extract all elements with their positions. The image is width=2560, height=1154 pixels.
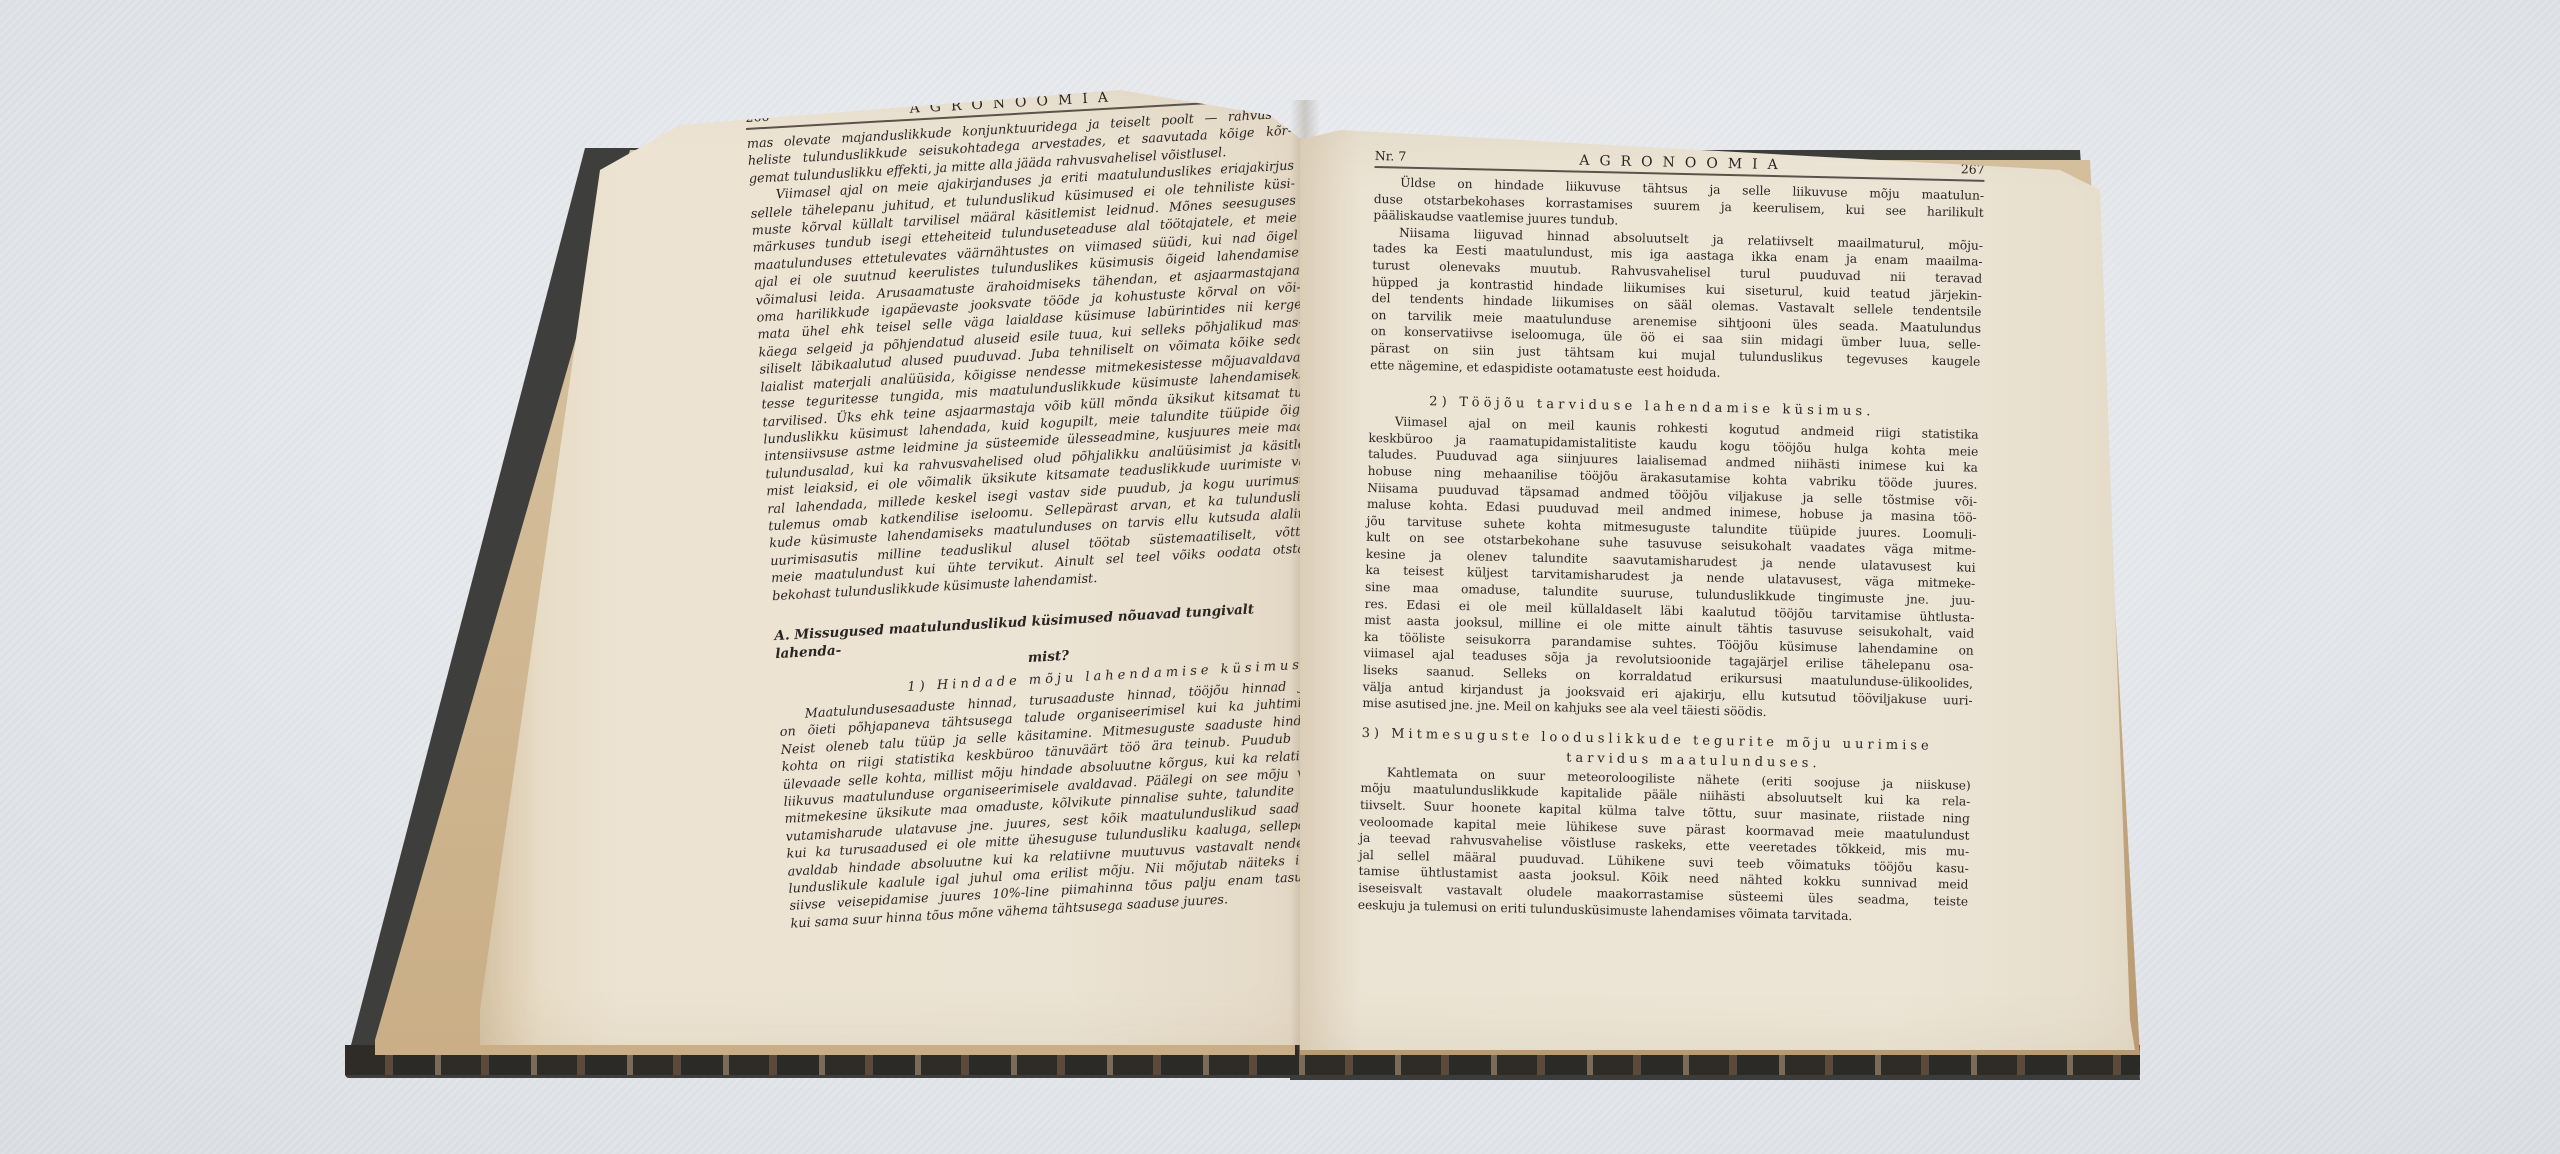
left-issue-number: Nr. 7 (1258, 80, 1290, 97)
right-page: Nr. 7 AGRONOOMIA 267 Üldse on hindade li… (1300, 130, 2140, 1050)
right-issue-number: Nr. 7 (1375, 148, 1407, 164)
left-running-title: AGRONOOMIA (909, 89, 1118, 117)
right-paragraph-2: Niisama liiguvad hinnad absoluutselt ja … (1370, 224, 1983, 387)
left-page-number: 266 (745, 109, 770, 125)
left-paragraph-2: Viimasel ajal on meie ajakirjanduses ja … (749, 158, 1316, 606)
right-paragraph-4: Kahtlemata on suur meteoroloogiliste näh… (1358, 764, 1971, 927)
open-book: 266 AGRONOOMIA Nr. 7 mas olevate majandu… (0, 0, 2560, 1154)
right-paragraph-3: Viimasel ajal on meil kaunis rohkesti ko… (1362, 413, 1979, 725)
right-running-title: AGRONOOMIA (1579, 153, 1788, 174)
left-paragraph-3: Maatulundusesaaduste hinnad, turusaadust… (778, 677, 1335, 933)
right-page-text-block: Nr. 7 AGRONOOMIA 267 Üldse on hindade li… (1358, 148, 1985, 927)
left-page-text-block: 266 AGRONOOMIA Nr. 7 mas olevate majandu… (745, 80, 1335, 933)
left-page: 266 AGRONOOMIA Nr. 7 mas olevate majandu… (480, 90, 1315, 1045)
